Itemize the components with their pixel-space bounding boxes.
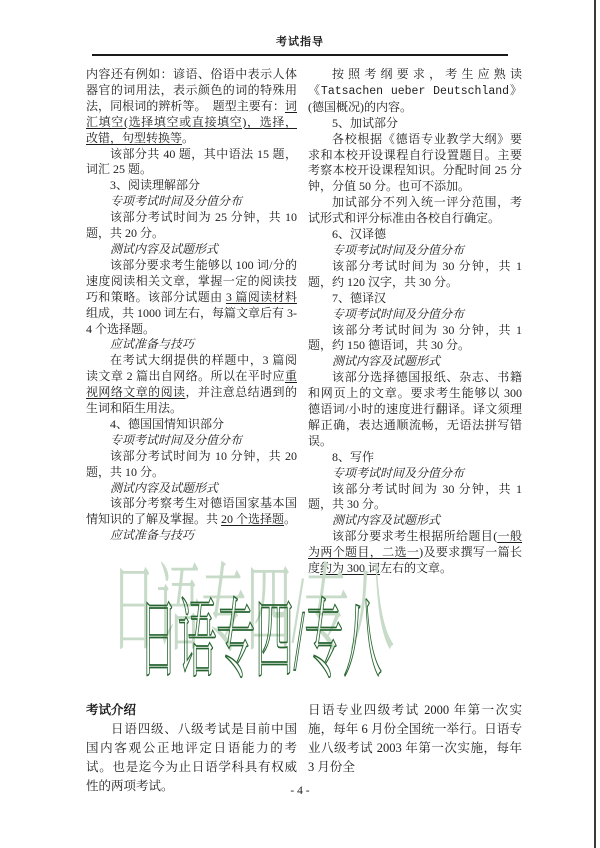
main-two-column-body: 内容还有例如：谚语、俗语中表示人体器官的词用法，表示颜色的词的特殊用法，同根词的… bbox=[86, 67, 522, 577]
text-segment: 该部分要求考生根据所给题目( bbox=[332, 529, 497, 543]
paragraph: 测试内容及试题形式 bbox=[86, 481, 297, 497]
text-segment: 。 bbox=[284, 512, 296, 526]
paragraph: 专项考试时间及分值分布 bbox=[308, 466, 522, 482]
text-segment: 该部分考试时间为 30 分钟，共 1 题，约 120 汉字，共 30 分。 bbox=[308, 259, 522, 289]
column-left: 内容还有例如：谚语、俗语中表示人体器官的词用法，表示颜色的词的特殊用法，同根词的… bbox=[86, 67, 297, 577]
paragraph: 应试准备与技巧 bbox=[86, 528, 297, 544]
intro-section: 考试介绍 日语四级、八级考试是目前中国国内客观公正地评定日语能力的考试。也是迄今… bbox=[86, 701, 522, 796]
paragraph: 该部分考试时间为 30 分钟，共 1 题，约 120 汉字，共 30 分。 bbox=[308, 259, 522, 291]
paragraph: 该部分要求考生能够以 100 词/分的速度阅读相关文章，掌握一定的阅读技巧和策略… bbox=[86, 258, 297, 338]
text-segment: 专项考试时间及分值分布 bbox=[332, 466, 464, 480]
paragraph: 专项考试时间及分值分布 bbox=[308, 243, 522, 259]
header-rule bbox=[92, 54, 508, 56]
text-segment: 测试内容及试题形式 bbox=[332, 354, 440, 368]
paragraph: 测试内容及试题形式 bbox=[86, 242, 297, 258]
text-segment: 应试准备与技巧 bbox=[110, 337, 194, 351]
paragraph: 该部分考试时间为 25 分钟，共 10 题，共 20 分。 bbox=[86, 210, 297, 242]
paragraph: 该部分选择德国报纸、杂志、书籍和网页上的文章。要求考生能够以 300 德语词/小… bbox=[308, 370, 522, 450]
paragraph: 8、写作 bbox=[308, 450, 522, 466]
paragraph: 加试部分不列入统一评分范围，考试形式和评分标准由各校自行确定。 bbox=[308, 195, 522, 227]
text-segment: 测试内容及试题形式 bbox=[332, 513, 440, 527]
paragraph: 专项考试时间及分值分布 bbox=[86, 194, 297, 210]
running-head: 考试指导 bbox=[0, 33, 600, 49]
paragraph: 内容还有例如：谚语、俗语中表示人体器官的词用法，表示颜色的词的特殊用法，同根词的… bbox=[86, 67, 297, 147]
text-segment: 5、加试部分 bbox=[332, 116, 398, 130]
text-segment: 加试部分不列入统一评分范围，考试形式和评分标准由各校自行确定。 bbox=[308, 195, 522, 225]
paragraph: 5、加试部分 bbox=[308, 116, 522, 132]
text-segment: 该部分考试时间为 10 分钟，共 20 题，共 10 分。 bbox=[86, 449, 297, 479]
paragraph: 日语专业四级考试 2000 年第一次实施，每年 6 月份全国统一举行。日语专业八… bbox=[308, 701, 522, 777]
paragraph: 7、德译汉 bbox=[308, 291, 522, 307]
text-segment: 应试准备与技巧 bbox=[110, 528, 194, 542]
paragraph: 该部分考试时间为 30 分钟，共 1 题，约 150 德语词，共 30 分。 bbox=[308, 323, 522, 355]
paragraph: 应试准备与技巧 bbox=[86, 337, 297, 353]
text-segment: 日语四级、八级考试是目前中国国内客观公正地评定日语能力的考试。也是迄今为止日语学… bbox=[86, 722, 297, 793]
text-segment: 测试内容及试题形式 bbox=[110, 242, 218, 256]
text-segment: 专项考试时间及分值分布 bbox=[332, 307, 464, 321]
paragraph: 日语四级、八级考试是目前中国国内客观公正地评定日语能力的考试。也是迄今为止日语学… bbox=[86, 720, 297, 796]
text-segment: 测试内容及试题形式 bbox=[110, 481, 218, 495]
text-segment: 内容还有例如：谚语、俗语中表示人体器官的词用法，表示颜色的词的特殊用法，同根词的… bbox=[86, 67, 297, 113]
text-segment: 专项考试时间及分值分布 bbox=[110, 433, 242, 447]
text-segment: 7、德译汉 bbox=[332, 291, 386, 305]
column-right: 按照考纲要求，考生应熟读《Tatsachen ueber Deutschland… bbox=[308, 67, 522, 577]
paragraph: 专项考试时间及分值分布 bbox=[86, 433, 297, 449]
paragraph: 该部分考察考生对德语国家基本国情知识的了解及掌握。共 20 个选择题。 bbox=[86, 496, 297, 528]
scan-border-right bbox=[594, 0, 596, 848]
text-segment: 该部分考试时间为 30 分钟，共 1 题，共 30 分。 bbox=[308, 482, 522, 512]
text-segment: 该部分共 40 题，其中语法 15 题，词汇 25 题。 bbox=[86, 147, 297, 177]
text-segment: 专项考试时间及分值分布 bbox=[332, 243, 464, 257]
paragraph: 按照考纲要求，考生应熟读《Tatsachen ueber Deutschland… bbox=[308, 67, 522, 116]
paragraph: 测试内容及试题形式 bbox=[308, 513, 522, 529]
paragraph: 3、阅读理解部分 bbox=[86, 178, 297, 194]
intro-column-left: 考试介绍 日语四级、八级考试是目前中国国内客观公正地评定日语能力的考试。也是迄今… bbox=[86, 701, 297, 796]
banner-outline-text: 日语专四/专八 bbox=[139, 597, 382, 683]
text-segment: 3、阅读理解部分 bbox=[110, 178, 200, 192]
paragraph: 在考试大纲提供的样题中，3 篇阅读文章 2 篇出自网络。所以在平时应重视网络文章… bbox=[86, 353, 297, 417]
text-segment: 日语专业四级考试 2000 年第一次实施，每年 6 月份全国统一举行。日语专业八… bbox=[308, 703, 522, 774]
paragraph: 该部分共 40 题，其中语法 15 题，词汇 25 题。 bbox=[86, 147, 297, 179]
text-segment: 各校根据《德语专业教学大纲》要求和本校开设课程自行设置题目。主要考察本校开设课程… bbox=[308, 132, 522, 194]
text-segment: 8、写作 bbox=[332, 450, 374, 464]
intro-left-paragraphs: 日语四级、八级考试是目前中国国内客观公正地评定日语能力的考试。也是迄今为止日语学… bbox=[86, 720, 297, 796]
paragraph: 该部分考试时间为 30 分钟，共 1 题，共 30 分。 bbox=[308, 482, 522, 514]
paragraph: 6、汉译德 bbox=[308, 227, 522, 243]
text-segment: 该部分考试时间为 25 分钟，共 10 题，共 20 分。 bbox=[86, 210, 297, 240]
paragraph: 4、德国国情知识部分 bbox=[86, 417, 297, 433]
intro-heading: 考试介绍 bbox=[86, 701, 297, 720]
document-page: 考试指导 内容还有例如：谚语、俗语中表示人体器官的词用法，表示颜色的词的特殊用法… bbox=[0, 0, 600, 848]
paragraph: 各校根据《德语专业教学大纲》要求和本校开设课程自行设置题目。主要考察本校开设课程… bbox=[308, 132, 522, 196]
paragraph: 该部分考试时间为 10 分钟，共 20 题，共 10 分。 bbox=[86, 449, 297, 481]
text-segment: 6、汉译德 bbox=[332, 227, 386, 241]
text-segment: 在考试大纲提供的样题中，3 篇阅读文章 2 篇出自网络。所以在平时应 bbox=[86, 353, 297, 383]
intro-column-right: 日语专业四级考试 2000 年第一次实施，每年 6 月份全国统一举行。日语专业八… bbox=[308, 701, 522, 796]
text-segment: 4、德国国情知识部分 bbox=[110, 417, 224, 431]
paragraph: 测试内容及试题形式 bbox=[308, 354, 522, 370]
paragraph: 专项考试时间及分值分布 bbox=[308, 307, 522, 323]
underlined-text: 3 篇阅读材料 bbox=[226, 290, 297, 304]
text-segment: 组成，共 1000 词左右，每篇文章后有 3-4 个选择题。 bbox=[86, 306, 297, 336]
text-segment: 该部分考试时间为 30 分钟，共 1 题，约 150 德语词，共 30 分。 bbox=[308, 323, 522, 353]
text-segment: 该部分选择德国报纸、杂志、书籍和网页上的文章。要求考生能够以 300 德语词/小… bbox=[308, 370, 522, 448]
text-segment: 。 bbox=[182, 131, 194, 145]
text-segment: Tatsachen ueber Deutschland bbox=[321, 85, 509, 98]
underlined-text: 20 个选择题 bbox=[221, 512, 284, 526]
text-segment: 专项考试时间及分值分布 bbox=[110, 194, 242, 208]
